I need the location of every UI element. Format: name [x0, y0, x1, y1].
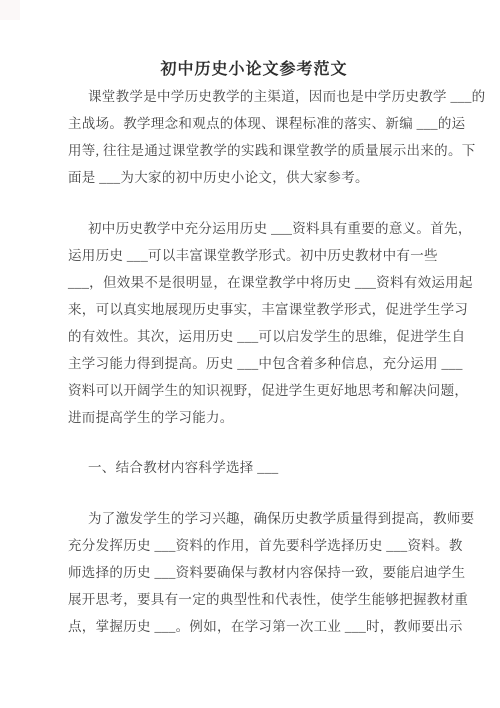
text-line: 师选择的历史 ___资料要确保与教材内容保持一致，要能启迪学生	[68, 559, 440, 586]
text-line: 进而提高学生的学习能力。	[68, 404, 440, 431]
text-line: 初中历史教学中充分运用历史 ___资料具有重要的意义。首先，	[68, 215, 440, 242]
text-line: 的有效性。其次，运用历史 ___可以启发学生的思维，促进学生自	[68, 323, 440, 350]
text-line: 课堂教学是中学历史教学的主渠道，因而也是中学历史教学 ___的	[68, 83, 440, 110]
text-line: ___，但效果不是很明显，在课堂教学中将历史 ___资料有效运用起	[68, 269, 440, 296]
text-line: 运用历史 ___可以丰富课堂教学形式。初中历史教材中有一些	[68, 242, 440, 269]
text-line: 用等, 往往是通过课堂教学的实践和课堂教学的质量展示出来的。下	[68, 137, 440, 164]
section-heading: 一、结合教材内容科学选择 ___	[68, 454, 440, 481]
text-line: 资料可以开阔学生的知识视野，促进学生更好地思考和解决问题，	[68, 377, 440, 404]
text-line: 点，掌握历史 ___。例如，在学习第一次工业 ___时，教师要出示	[68, 613, 440, 640]
paragraph-selection: 为了激发学生的学习兴趣，确保历史教学质量得到提高，教师要 充分发挥历史 ___资…	[68, 505, 440, 640]
corner-artifact	[0, 0, 20, 20]
paragraph-importance: 初中历史教学中充分运用历史 ___资料具有重要的意义。首先， 运用历史 ___可…	[68, 215, 440, 431]
text-line: 展开思考，要具有一定的典型性和代表性，使学生能够把握教材重	[68, 586, 440, 613]
text-line: 充分发挥历史 ___资料的作用，首先要科学选择历史 ___资料。教	[68, 532, 440, 559]
document-title: 初中历史小论文参考范文	[68, 56, 440, 83]
paragraph-intro: 课堂教学是中学历史教学的主渠道，因而也是中学历史教学 ___的 主战场。教学理念…	[68, 83, 440, 191]
text-line: 面是 ___为大家的初中历史小论文，供大家参考。	[68, 164, 440, 191]
document-content: 初中历史小论文参考范文 课堂教学是中学历史教学的主渠道，因而也是中学历史教学 _…	[68, 0, 440, 640]
document-page: 初中历史小论文参考范文 课堂教学是中学历史教学的主渠道，因而也是中学历史教学 _…	[0, 0, 500, 708]
text-line: 来，可以真实地展现历史事实，丰富课堂教学形式，促进学生学习	[68, 296, 440, 323]
heading-line: 一、结合教材内容科学选择 ___	[68, 454, 440, 481]
text-line: 为了激发学生的学习兴趣，确保历史教学质量得到提高，教师要	[68, 505, 440, 532]
text-line: 主战场。教学理念和观点的体现、课程标准的落实、新编 ___的运	[68, 110, 440, 137]
text-line: 主学习能力得到提高。历史 ___中包含着多种信息，充分运用 ___	[68, 350, 440, 377]
